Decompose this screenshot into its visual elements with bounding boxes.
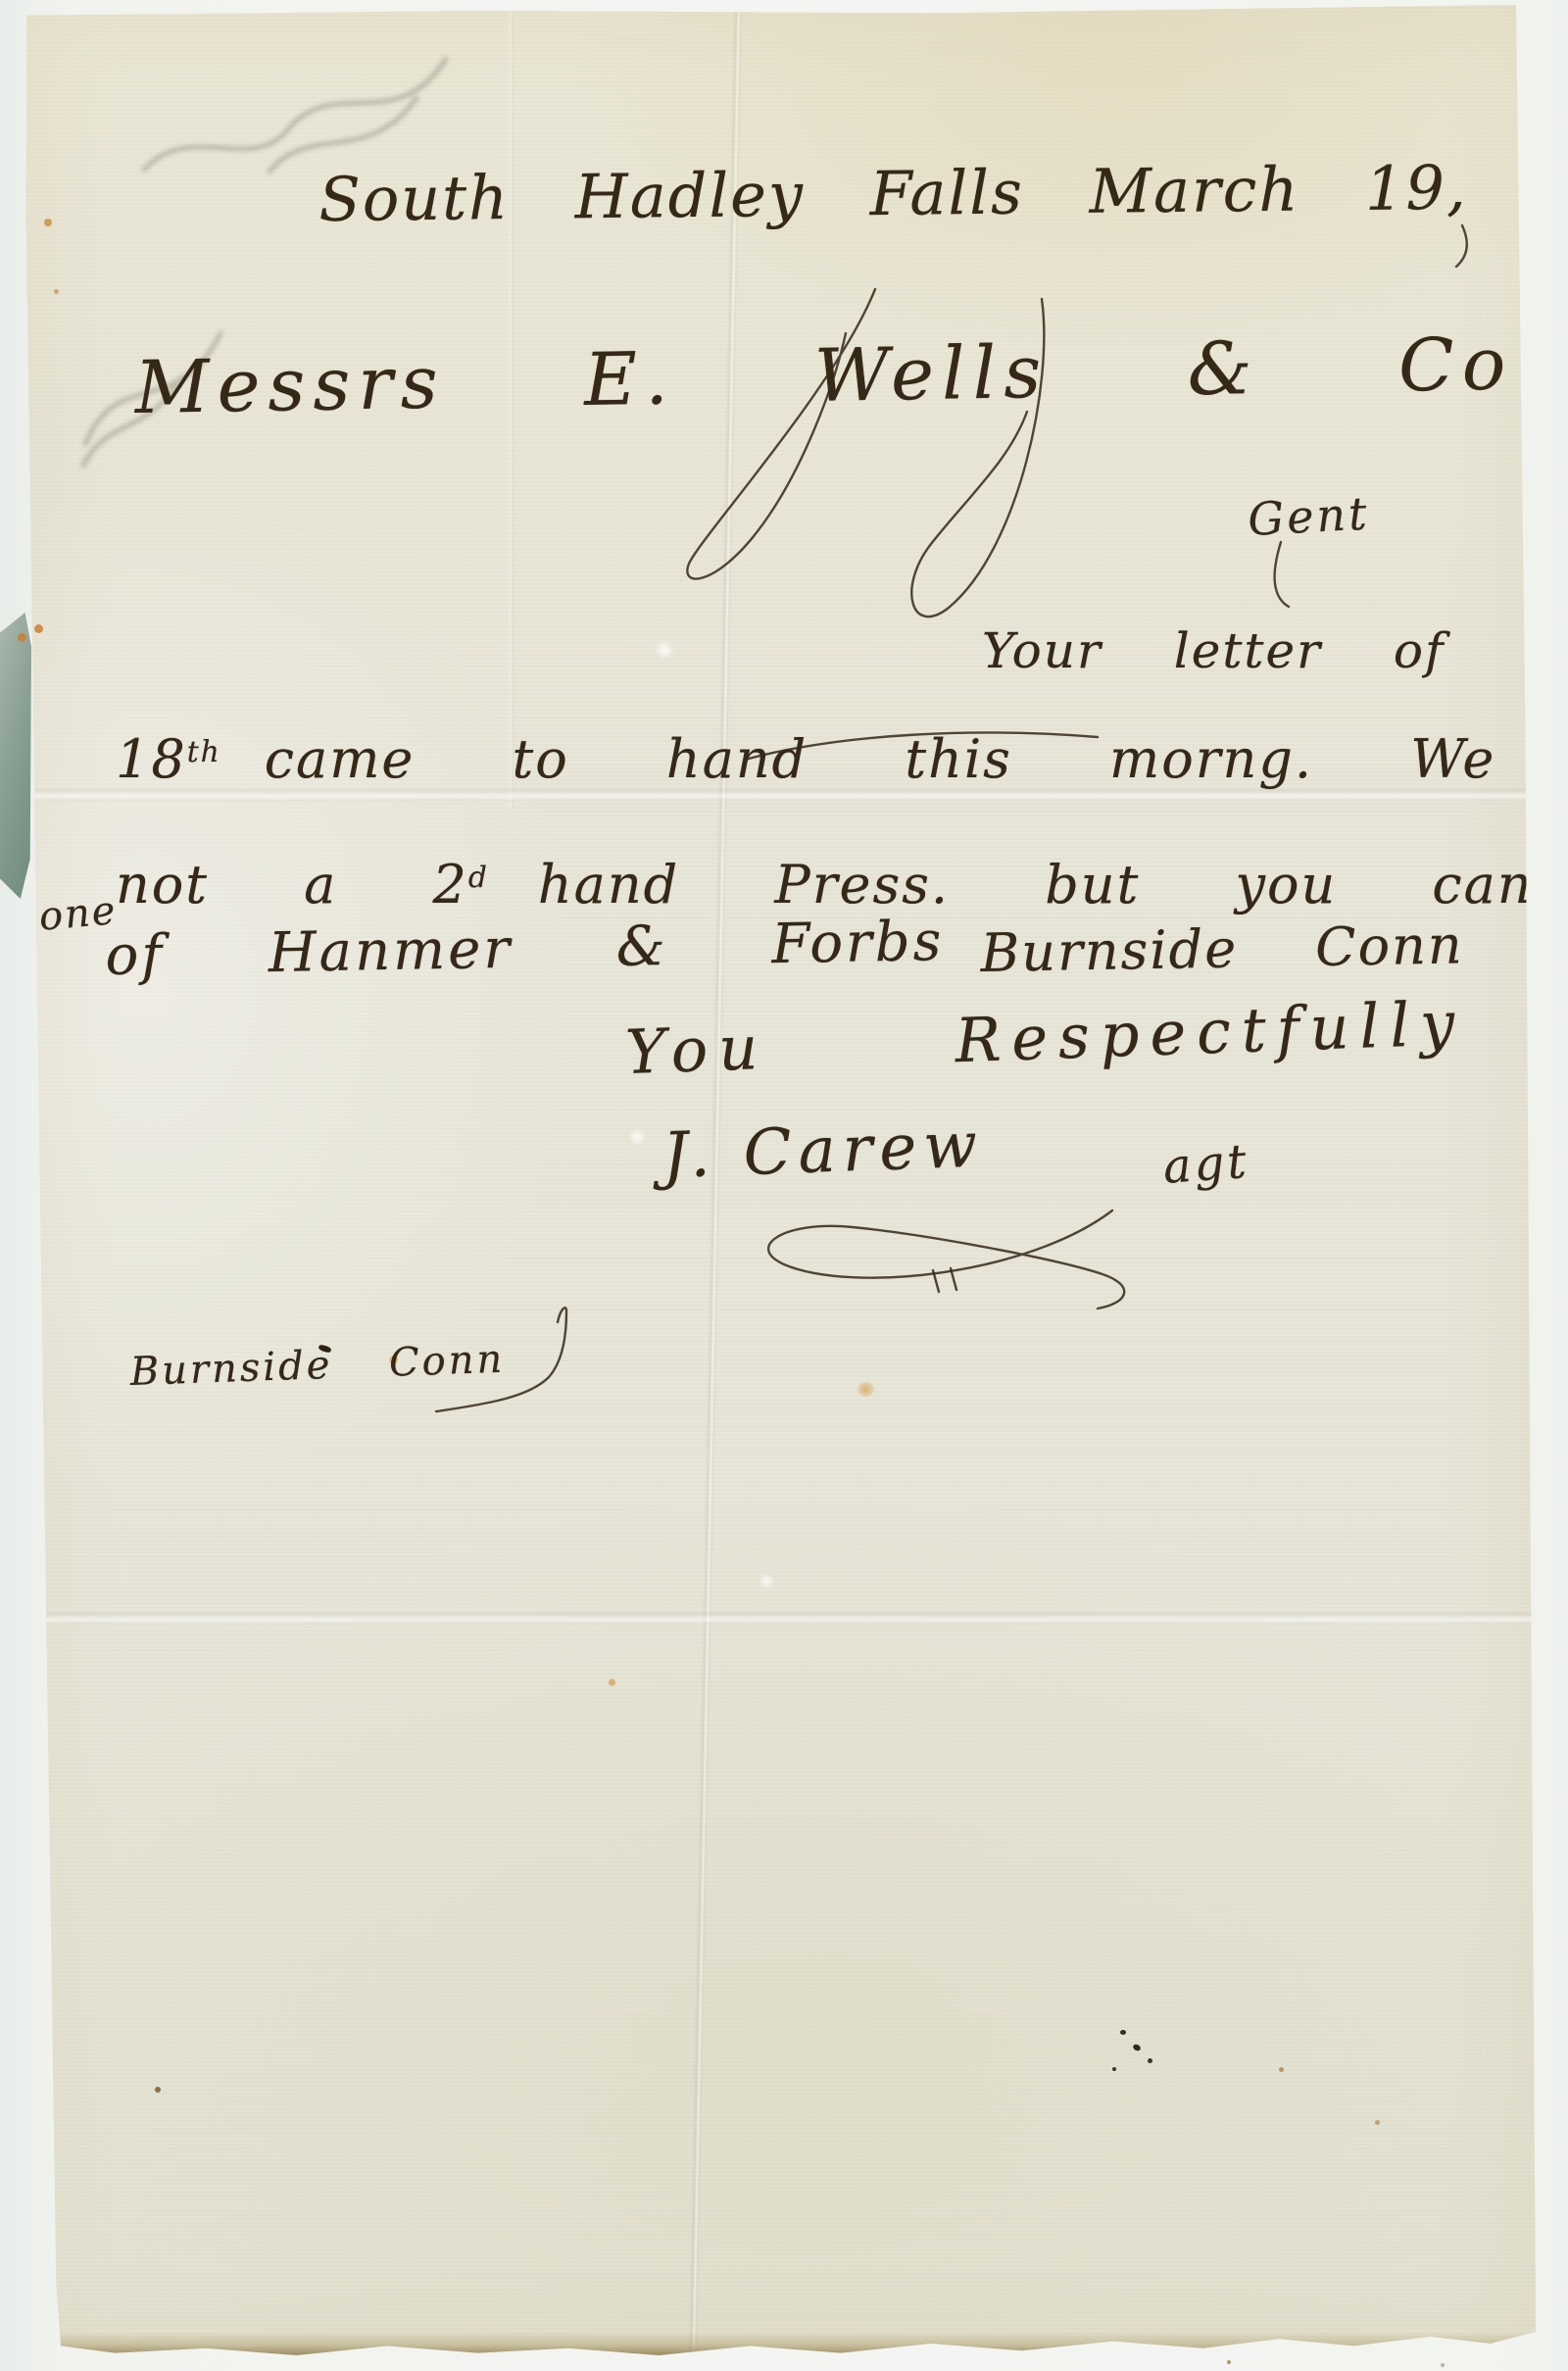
letter-paper: South Hadley Falls March 19, 1870 Messrs… — [24, 5, 1536, 2355]
closing-line: You Respectfully — [624, 987, 1466, 1088]
ink-speck — [1120, 2030, 1126, 2035]
signature-flourish — [768, 1210, 1124, 1309]
margin-speck — [1441, 2363, 1445, 2367]
rust-stain — [34, 624, 43, 633]
body-line-3-start: not a 2 — [116, 854, 468, 915]
ink-speck — [1112, 2067, 1116, 2071]
body-line-4-place: Burnside Conn — [980, 914, 1464, 984]
paper-flap-edge — [0, 613, 31, 899]
body-line-3-text: hand Press. but you can get — [489, 854, 1568, 915]
ink-speck — [1148, 2058, 1152, 2063]
dateline: South Hadley Falls March 19, 1870 — [318, 149, 1568, 235]
date-tail-flourish — [1456, 225, 1467, 267]
body-line-2: 18thcame to hand this morng. We have — [116, 728, 1568, 790]
horizontal-fold-crease-upper — [24, 789, 1536, 802]
scanned-letter-page: South Hadley Falls March 19, 1870 Messrs… — [0, 0, 1568, 2371]
day-ordinal: th — [187, 735, 221, 769]
body-line-3: not a 2dhand Press. but you can get — [116, 854, 1568, 915]
ink-speck — [1132, 2043, 1142, 2051]
rust-speck — [155, 2087, 161, 2093]
amber-stain — [609, 1679, 615, 1686]
paper-dent — [627, 1128, 647, 1146]
body-line-1: Your letter of — [982, 622, 1445, 679]
ink-bleedthrough — [24, 5, 534, 519]
signature-title: agt — [1161, 1134, 1250, 1195]
rust-speck — [1279, 2067, 1284, 2072]
signature-tick-marks — [933, 1268, 956, 1292]
deckled-bottom-edge — [24, 2332, 1536, 2355]
salutation-descender — [1275, 542, 1289, 607]
body-line-2-text: came to hand this morng. We have — [221, 728, 1568, 790]
margin-speck — [1227, 2360, 1231, 2364]
horizontal-fold-crease-lower — [24, 1612, 1536, 1625]
signature: J. Carew — [661, 1110, 985, 1193]
second-hand-ordinal: d — [468, 861, 489, 895]
paper-dent — [654, 640, 675, 660]
body-line-4: of Hanmer & Forbs — [105, 910, 945, 988]
day-number: 18 — [116, 728, 187, 790]
rust-speck — [1375, 2120, 1380, 2125]
paper-dent — [758, 1573, 775, 1589]
salutation: Gent — [1247, 487, 1371, 546]
amber-stain — [857, 1382, 874, 1397]
docket-note: Burnside Conn — [129, 1337, 506, 1395]
